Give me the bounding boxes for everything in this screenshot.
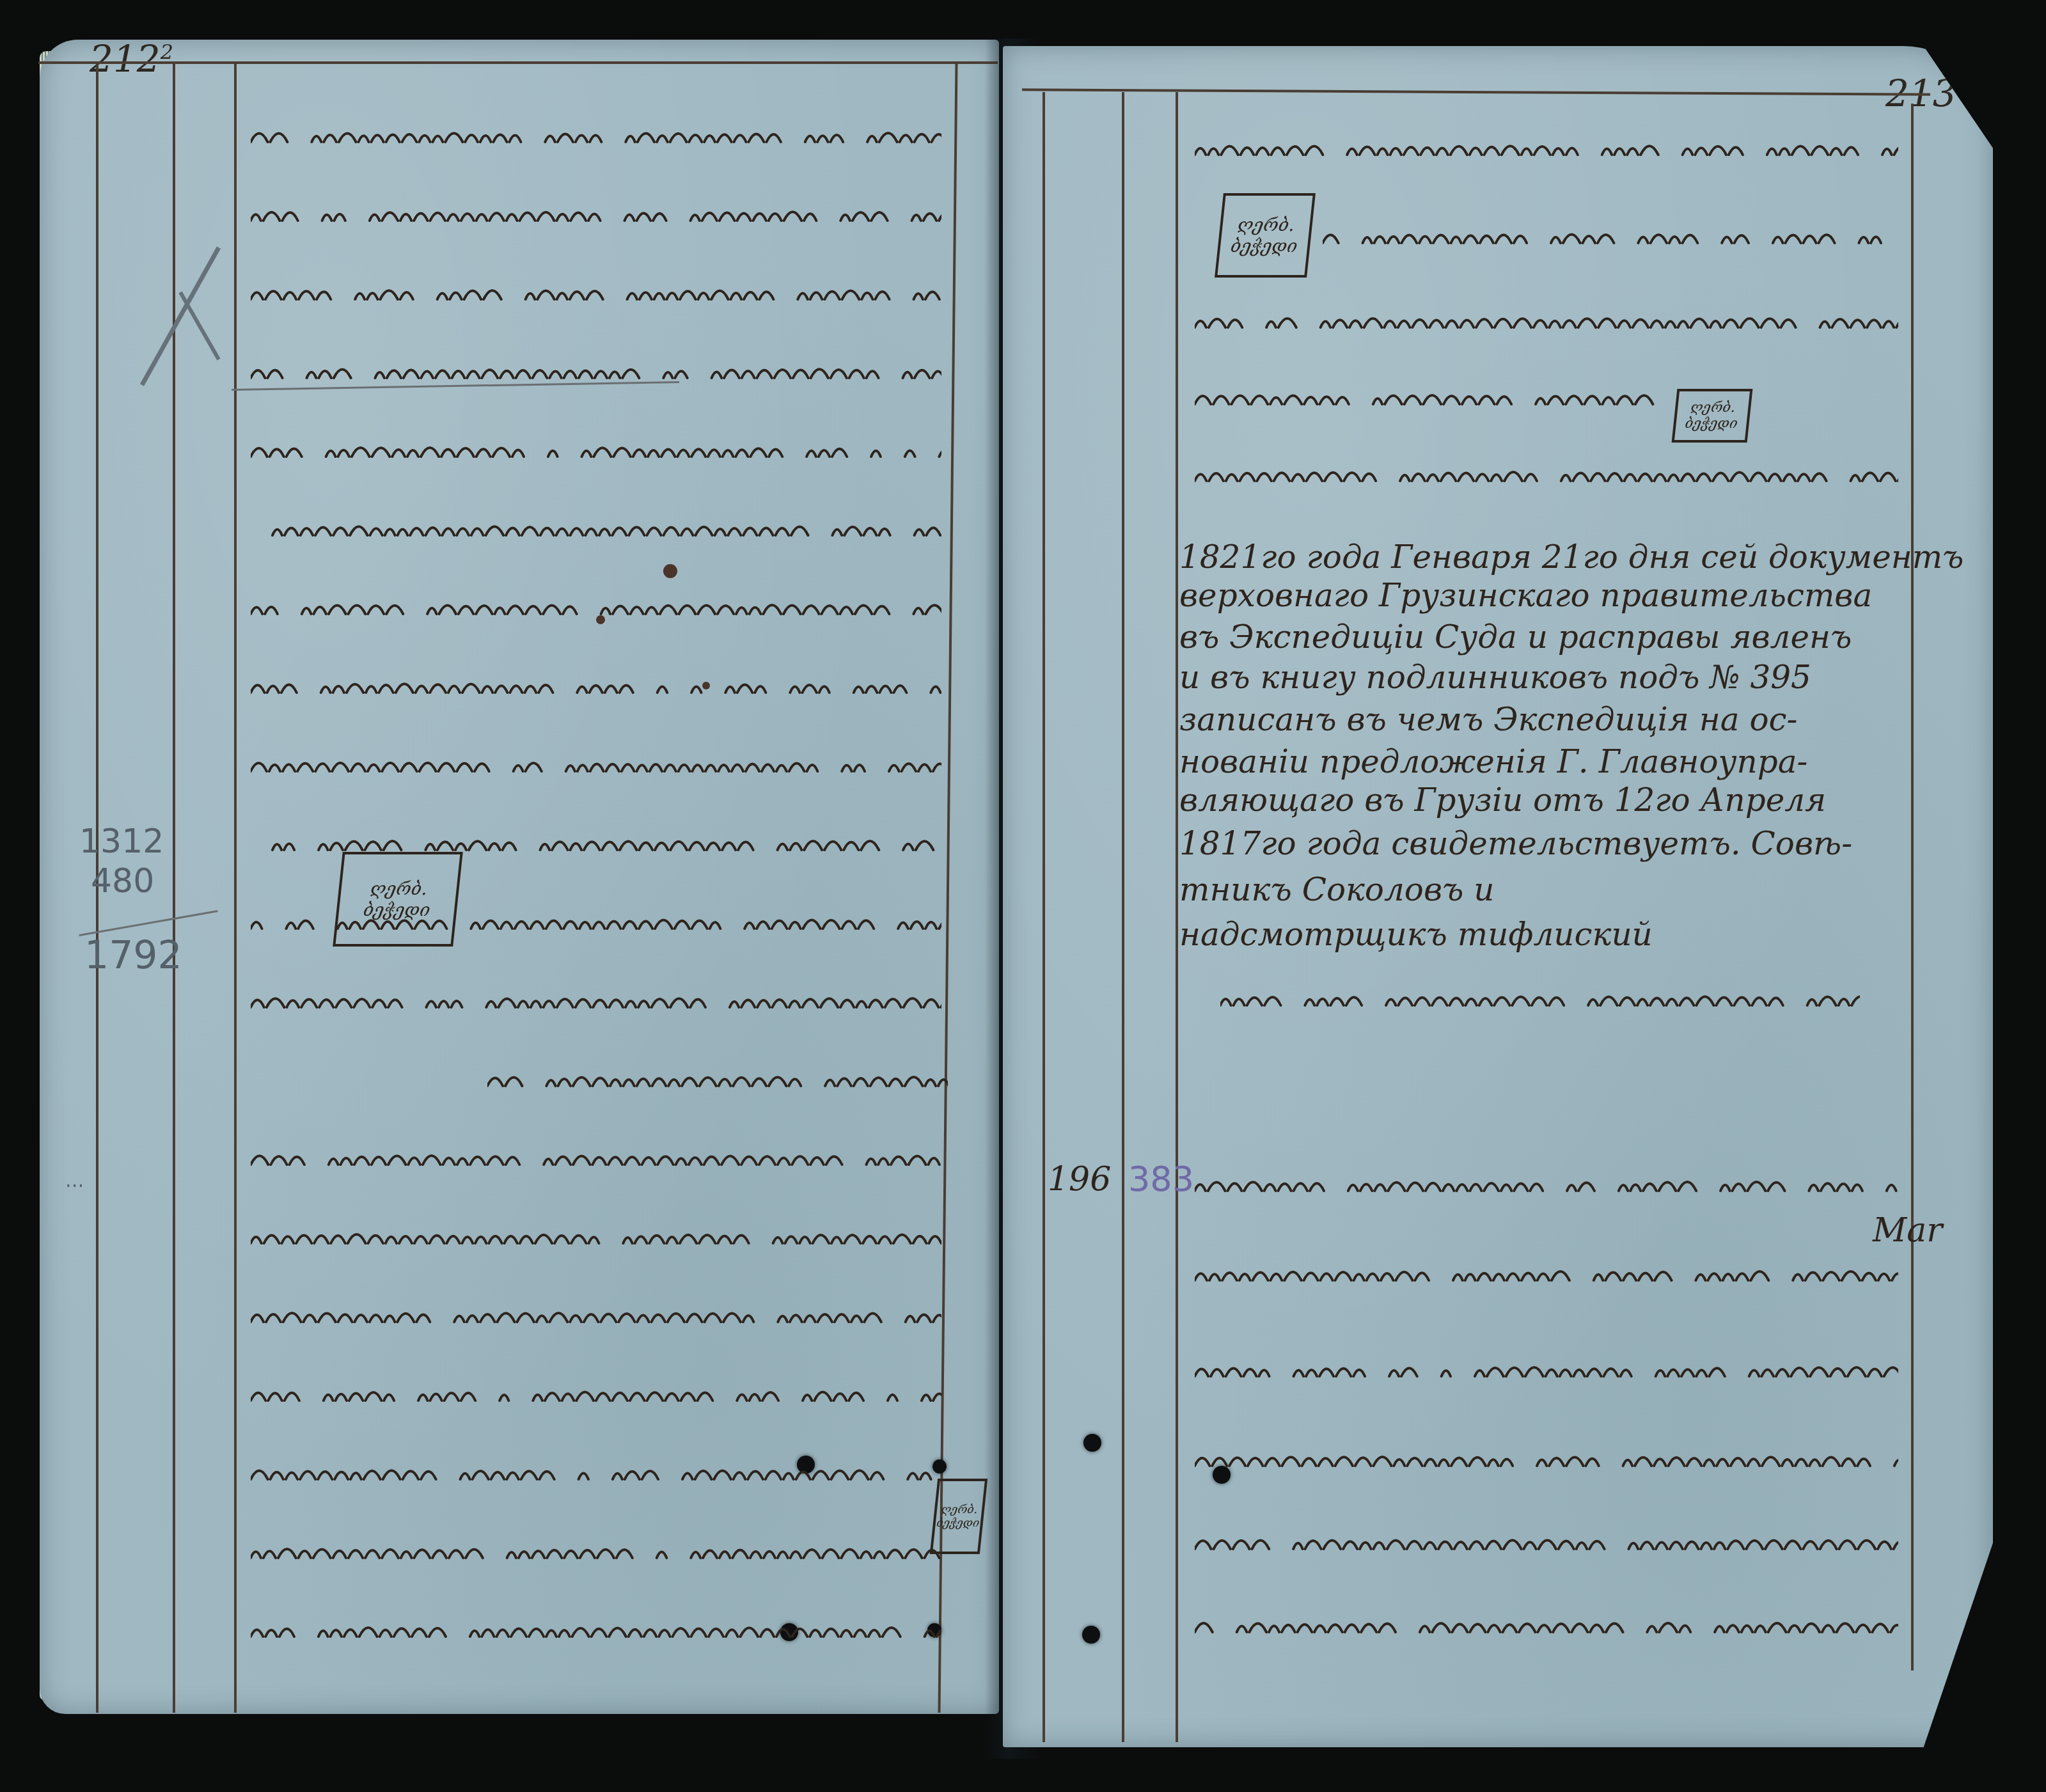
georgian-script-line	[251, 752, 941, 782]
georgian-script-line	[1195, 1357, 1898, 1387]
margin-annotation: Mar	[1873, 1210, 1942, 1251]
seal-box-inline: ღერბ. ბეჭედი	[1672, 389, 1753, 443]
georgian-script-line	[251, 516, 941, 546]
georgian-script-line	[1195, 385, 1668, 414]
seal-box-line1: ღერბ.	[370, 878, 429, 899]
georgian-script-line	[1195, 1261, 1898, 1291]
header-rule	[1022, 88, 1930, 95]
russian-entry-line: записанъ въ чемъ Экспедиція на ос-	[1179, 701, 1797, 738]
georgian-script-line	[251, 1617, 941, 1647]
seal-box-inline-line2: ბეჭედი	[1684, 416, 1738, 432]
seal-box-small-line2: ბეჭედი	[936, 1516, 980, 1530]
russian-entry-line: нованіи предложенія Г. Главноупра-	[1179, 743, 1807, 780]
margin-column-rule-3	[234, 63, 237, 1713]
ink-blot	[663, 564, 677, 578]
punch-hole	[1083, 1434, 1101, 1452]
pencil-cross-mark	[136, 244, 225, 391]
georgian-script-line	[1195, 462, 1898, 491]
georgian-script-line	[1195, 1447, 1898, 1476]
russian-entry-line: тникъ Соколовъ и	[1179, 871, 1494, 908]
right-margin-rule	[1911, 104, 1914, 1670]
header-rule	[38, 61, 998, 64]
georgian-script-line	[251, 673, 941, 703]
margin-dots: ⋯	[65, 1165, 84, 1206]
russian-entry-line: и въ книгу подлинниковъ подъ № 395	[1179, 659, 1811, 696]
margin-column-rule-3	[1176, 92, 1178, 1742]
georgian-script-line	[251, 831, 941, 860]
seal-box-inline-line1: ღერბ.	[1690, 400, 1736, 416]
georgian-script-line	[251, 123, 941, 152]
folio-superscript: 2	[161, 40, 173, 64]
russian-entry-line: 1817го года свидетельствуетъ. Совѣ-	[1179, 825, 1852, 862]
seal-box-small-line1: ღერბ.	[940, 1503, 978, 1516]
georgian-script-line	[1195, 308, 1898, 338]
russian-entry-line: въ Экспедиціи Суда и расправы явленъ	[1179, 618, 1852, 656]
russian-entry-line: надсмотрщикъ тифлиский	[1179, 916, 1653, 953]
margin-number-196: 196	[1048, 1159, 1111, 1200]
georgian-script-line	[251, 1381, 941, 1411]
margin-column-rule-1	[1043, 92, 1045, 1742]
georgian-script-line	[251, 359, 941, 388]
russian-entry-line: вляющаго въ Грузіи отъ 12го Апреля	[1179, 782, 1826, 819]
georgian-script-line	[251, 280, 941, 310]
russian-entry-line: 1821го года Генваря 21го дня сей докумен…	[1179, 538, 1963, 576]
margin-number-383-violet: 383	[1128, 1159, 1194, 1199]
georgian-script-line	[251, 201, 941, 231]
georgian-script-line	[251, 1224, 941, 1254]
margin-number-480: 480	[91, 861, 154, 902]
georgian-script-line	[251, 1145, 941, 1175]
right-page: 213 ღერბ. ბეჭედი ღერბ. ბეჭედი 1821го год…	[1003, 46, 1993, 1747]
georgian-script-line	[1195, 1530, 1898, 1559]
margin-column-rule-2	[1122, 92, 1124, 1742]
georgian-script-line	[251, 437, 941, 467]
folio-number-text: 212	[90, 37, 161, 81]
punch-hole	[1082, 1626, 1100, 1644]
margin-sum-line	[79, 910, 217, 936]
georgian-script-line	[1195, 1613, 1898, 1642]
georgian-script-line	[251, 988, 941, 1018]
georgian-script-line	[251, 909, 941, 939]
seal-box-line2: ბეჭედი	[1229, 235, 1298, 256]
georgian-script-line	[1195, 136, 1898, 165]
left-folio-number: 2122	[90, 37, 173, 81]
georgian-script-line	[251, 595, 941, 624]
georgian-script-line	[251, 1303, 941, 1332]
margin-number-1792: 1792	[84, 935, 182, 976]
georgian-script-line	[1195, 1172, 1898, 1201]
georgian-script-line	[487, 1067, 948, 1096]
georgian-script-line	[251, 1460, 941, 1489]
georgian-script-line	[1323, 224, 1898, 253]
seal-box-right: ღერბ. ბეჭედი	[1215, 193, 1316, 278]
georgian-script-line	[251, 1539, 941, 1568]
margin-number-1312: 1312	[79, 821, 164, 862]
left-page: 2122 1312 480 1792 ⋯ ღერბ. ბეჭედი ღერბ. …	[40, 40, 999, 1714]
seal-box-line1: ღერბ.	[1237, 214, 1296, 235]
russian-entry-line: верховнаго Грузинскаго правительства	[1179, 577, 1872, 614]
georgian-script-line	[1220, 986, 1860, 1016]
